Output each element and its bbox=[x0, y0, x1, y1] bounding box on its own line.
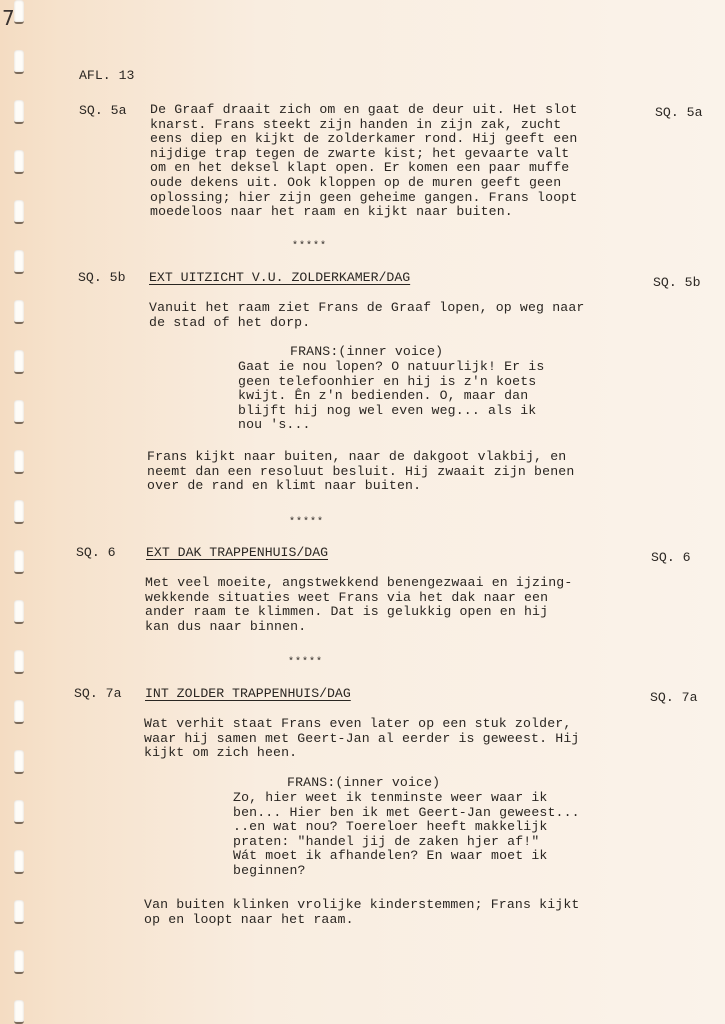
scene-number-right: SQ. 6 bbox=[651, 550, 691, 565]
dialogue-text: Zo, hier weet ik tenminste weer waar ik … bbox=[233, 791, 580, 879]
episode-label: AFL. 13 bbox=[79, 68, 134, 83]
binding-hole bbox=[14, 750, 24, 774]
script-page: 7 AFL. 13 SQ. 5a SQ. 5a De Graaf draait … bbox=[0, 0, 725, 1024]
binding-hole bbox=[14, 150, 24, 174]
scene-action-text: Van buiten klinken vrolijke kinderstemme… bbox=[144, 898, 579, 927]
scene-heading: INT ZOLDER TRAPPENHUIS/DAG bbox=[145, 686, 351, 701]
binding-hole bbox=[14, 0, 24, 24]
binding-hole bbox=[14, 900, 24, 924]
binding-hole bbox=[14, 600, 24, 624]
scene-number-right: SQ. 5b bbox=[653, 275, 700, 290]
scene-separator: ***** bbox=[288, 657, 323, 668]
scene-number-left: SQ. 5b bbox=[78, 270, 125, 285]
scene-action-text: Met veel moeite, angstwekkend benengezwa… bbox=[145, 576, 572, 634]
binding-hole bbox=[14, 500, 24, 524]
binding-hole bbox=[14, 250, 24, 274]
scene-separator: ***** bbox=[289, 517, 324, 528]
scene-action-text: Wat verhit staat Frans even later op een… bbox=[144, 717, 579, 761]
scene-number-right: SQ. 7a bbox=[650, 690, 697, 705]
scene-number-left: SQ. 5a bbox=[79, 103, 126, 118]
scene-heading: EXT DAK TRAPPENHUIS/DAG bbox=[146, 545, 328, 560]
scene-number-left: SQ. 7a bbox=[74, 686, 121, 701]
scene-heading: EXT UITZICHT V.U. ZOLDERKAMER/DAG bbox=[149, 270, 410, 285]
binding-hole bbox=[14, 50, 24, 74]
binding-hole bbox=[14, 1000, 24, 1024]
binding-hole bbox=[14, 950, 24, 974]
dialogue-text: Gaat ie nou lopen? O natuurlijk! Er is g… bbox=[238, 360, 544, 433]
binding-hole bbox=[14, 300, 24, 324]
binding-hole bbox=[14, 350, 24, 374]
binding-hole bbox=[14, 700, 24, 724]
scene-number-left: SQ. 6 bbox=[76, 545, 116, 560]
binding-hole bbox=[14, 400, 24, 424]
binding-holes bbox=[14, 0, 28, 1024]
binding-hole bbox=[14, 650, 24, 674]
dialogue-speaker: FRANS:(inner voice) bbox=[287, 776, 440, 791]
scene-action-text: Frans kijkt naar buiten, naar de dakgoot… bbox=[147, 450, 574, 494]
scene-separator: ***** bbox=[292, 241, 327, 252]
binding-hole bbox=[14, 850, 24, 874]
binding-hole bbox=[14, 450, 24, 474]
dialogue-speaker: FRANS:(inner voice) bbox=[290, 345, 443, 360]
scene-action-text: Vanuit het raam ziet Frans de Graaf lope… bbox=[149, 301, 584, 330]
scene-action-text: De Graaf draait zich om en gaat de deur … bbox=[150, 103, 577, 220]
handwritten-page-number: 7 bbox=[2, 6, 15, 30]
binding-hole bbox=[14, 550, 24, 574]
binding-hole bbox=[14, 200, 24, 224]
binding-hole bbox=[14, 800, 24, 824]
scene-number-right: SQ. 5a bbox=[655, 105, 702, 120]
binding-hole bbox=[14, 100, 24, 124]
